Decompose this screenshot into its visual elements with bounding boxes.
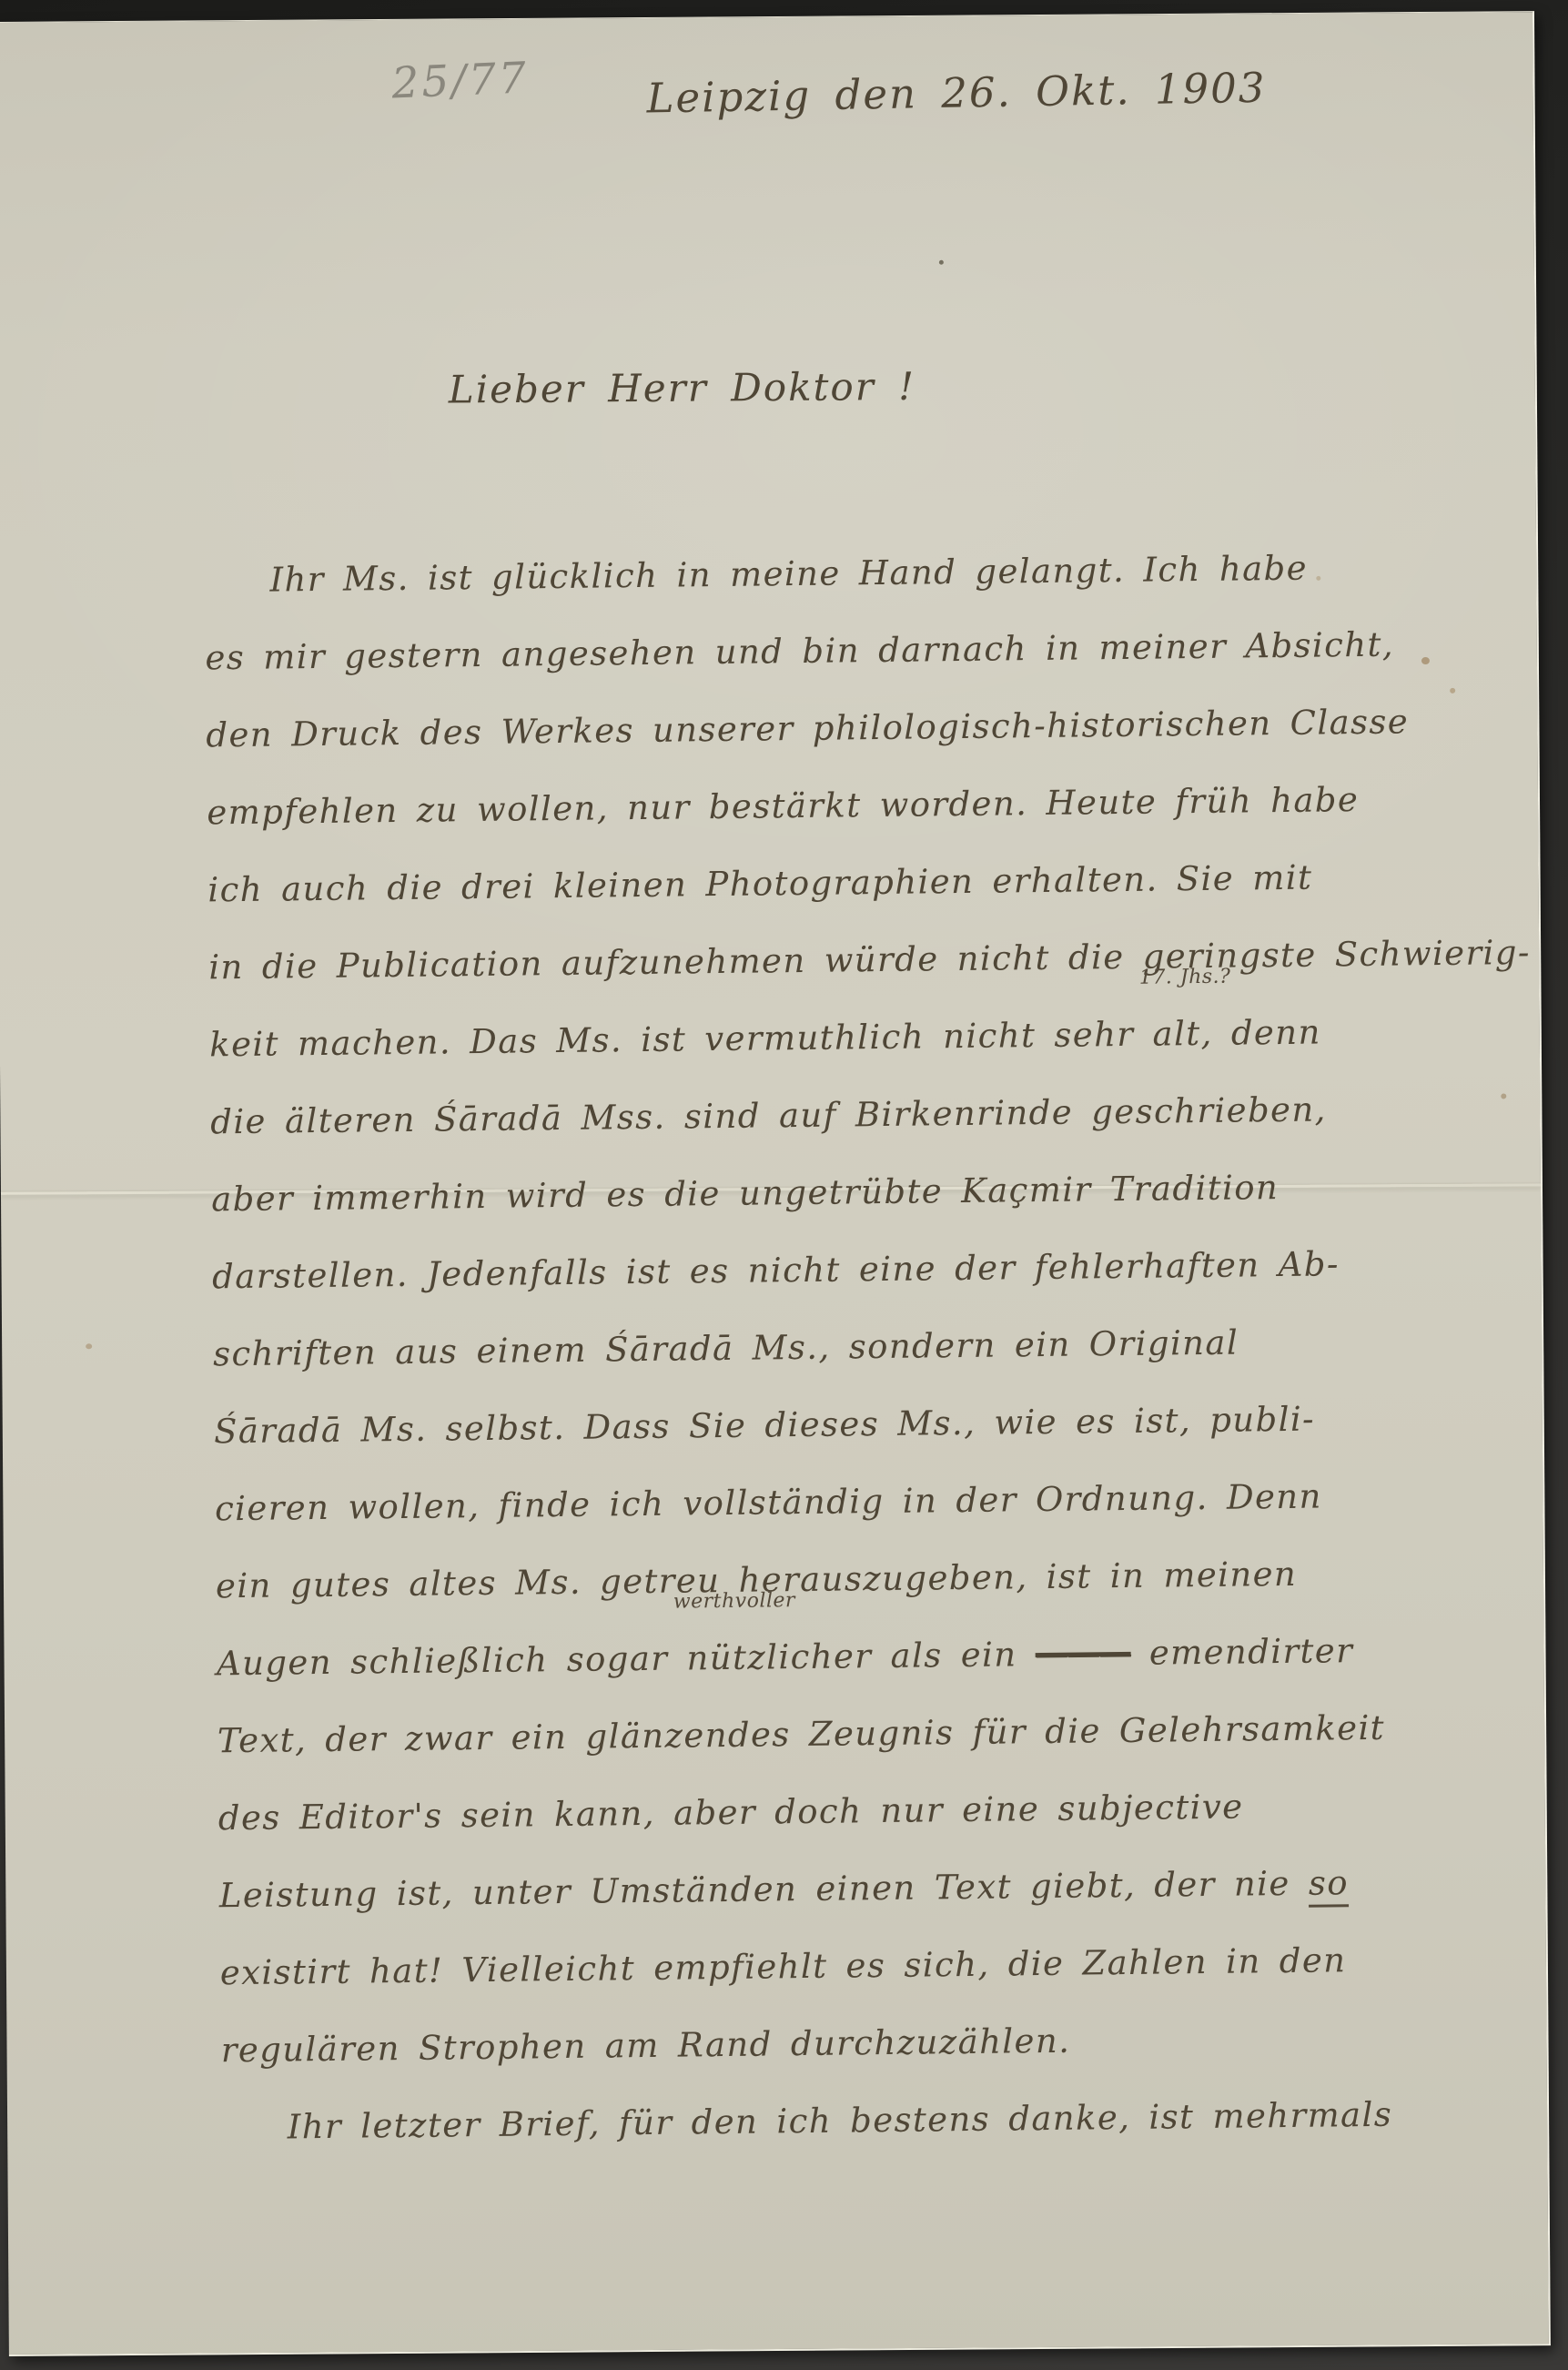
letter-line: die älteren Śāradā Mss. sind auf Birkenr…: [210, 1069, 1522, 1160]
dateline: Leipzig den 26. Okt. 1903: [646, 64, 1267, 123]
text-segment: keit machen. Das Ms. ist vermuthlich nic…: [209, 1015, 1153, 1065]
letter-line: in die Publication aufzunehmen würde nic…: [208, 914, 1520, 1006]
letter-line: existirt hat! Vielleicht empfiehlt es si…: [219, 1919, 1531, 2011]
letter-paper: 25/77 Leipzig den 26. Okt. 1903 Lieber H…: [0, 11, 1551, 2356]
letter-line: empfehlen zu wollen, nur bestärkt worden…: [207, 759, 1518, 851]
text-segment: cieren wollen, finde ich vollständig in …: [215, 1477, 1322, 1529]
letter-line: des Editor's sein kann, aber doch nur ei…: [217, 1765, 1529, 1857]
text-segment: Leistung ist, unter Umständen einen Text…: [219, 1864, 1309, 1916]
text-segment: des Editor's sein kann, aber doch nur ei…: [218, 1788, 1244, 1838]
text-segment: Śāradā Ms. selbst. Dass Sie dieses Ms., …: [214, 1400, 1315, 1452]
text-segment: darstellen. Jedenfalls ist es nicht eine…: [212, 1244, 1340, 1296]
letter-line: keit machen. Das Ms. ist vermuthlich nic…: [209, 991, 1521, 1083]
interlinear-note: werthvoller: [673, 1591, 795, 1613]
text-segment: , denn: [1200, 1013, 1321, 1053]
text-segment: existirt hat! Vielleicht empfiehlt es si…: [220, 1940, 1347, 1992]
text-segment: aber immerhin wird es die ungetrübte Kaç…: [211, 1168, 1279, 1219]
foxing-spot: [86, 1343, 92, 1349]
text-segment: empfehlen zu wollen, nur bestärkt worden…: [207, 780, 1359, 832]
letter-line: Śāradā Ms. selbst. Dass Sie dieses Ms., …: [214, 1378, 1525, 1470]
text-segment: nützlicher: [686, 1636, 872, 1677]
text-segment: schriften aus einem Śāradā Ms., sondern …: [213, 1323, 1239, 1374]
letter-line: regulären Strophen am Rand durchzuzählen…: [220, 1997, 1532, 2089]
letter-line: Ihr letzter Brief, für den ich bestens d…: [221, 2074, 1533, 2166]
crossed-out-word: ———: [1035, 1634, 1130, 1674]
annotated-word: 17. Jhs.?alt: [1152, 995, 1201, 1073]
text-segment: Augen schließlich sogar: [217, 1638, 687, 1683]
text-segment: alt: [1152, 1014, 1200, 1054]
salutation: Lieber Herr Doktor !: [449, 364, 916, 412]
letter-line: Ihr Ms. ist glücklich in meine Hand gela…: [204, 527, 1515, 619]
pencil-archival-number: 25/77: [390, 53, 530, 108]
letter-line: ich auch die drei kleinen Photographien …: [207, 836, 1519, 928]
letter-line: schriften aus einem Śāradā Ms., sondern …: [213, 1301, 1524, 1393]
letter-line: den Druck des Werkes unserer philologisc…: [206, 682, 1517, 774]
text-segment: Ihr Ms. ist glücklich in meine Hand gela…: [269, 549, 1308, 600]
scan-background: { "pencil_annotation": "25/77", "letter"…: [0, 0, 1568, 2370]
text-segment: den Druck des Werkes unserer philologisc…: [206, 702, 1409, 755]
text-segment: Ihr letzter Brief, für den ich bestens d…: [288, 2095, 1393, 2147]
letter-line: Leistung ist, unter Umständen einen Text…: [218, 1842, 1530, 1934]
letter-line: es mir gestern angesehen und bin darnach…: [205, 604, 1516, 696]
letter-line: cieren wollen, finde ich vollständig in …: [215, 1455, 1526, 1547]
letter-line: ein gutes altes Ms. getreu herauszugeben…: [216, 1533, 1527, 1625]
letter-body: Ihr Ms. ist glücklich in meine Hand gela…: [204, 527, 1533, 2166]
letter-line: aber immerhin wird es die ungetrübte Kaç…: [211, 1146, 1522, 1238]
text-segment: regulären Strophen am Rand durchzuzählen…: [221, 2021, 1071, 2071]
text-segment: die älteren Śāradā Mss. sind auf Birkenr…: [210, 1089, 1327, 1141]
text-segment: es mir gestern angesehen und bin darnach…: [205, 625, 1394, 678]
text-segment: Text, der zwar ein glänzendes Zeugnis fü…: [217, 1708, 1385, 1761]
ink-speck: [939, 260, 944, 265]
text-segment: als ein: [872, 1635, 1036, 1676]
letter-line: Text, der zwar ein glänzendes Zeugnis fü…: [217, 1687, 1528, 1779]
text-segment: emendirter: [1130, 1631, 1353, 1673]
interlinear-note: 17. Jhs.?: [1139, 967, 1231, 988]
text-segment: ich auch die drei kleinen Photographien …: [207, 858, 1312, 910]
annotated-word: werthvollernützlicher: [686, 1617, 873, 1696]
letter-line: darstellen. Jedenfalls ist es nicht eine…: [212, 1223, 1523, 1315]
text-segment: in die Publication aufzunehmen würde nic…: [208, 933, 1531, 987]
underlined-word: so: [1309, 1863, 1350, 1907]
letter-line: Augen schließlich sogar werthvollernützl…: [216, 1610, 1527, 1702]
